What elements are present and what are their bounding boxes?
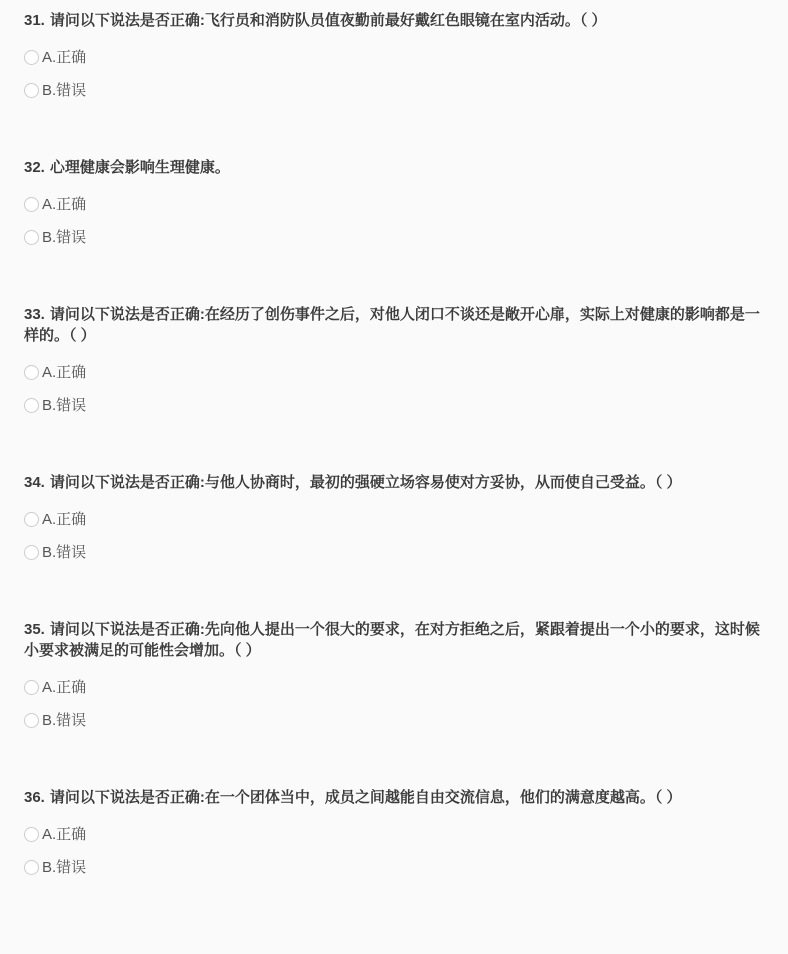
option-label: A.正确 xyxy=(42,363,86,382)
question-title: 31.请问以下说法是否正确:飞行员和消防队员值夜勤前最好戴红色眼镜在室内活动。（… xyxy=(24,10,764,31)
question-number: 35. xyxy=(24,621,45,638)
question-number: 31. xyxy=(24,12,45,29)
question-number: 36. xyxy=(24,789,45,806)
option-a[interactable]: A.正确 xyxy=(24,195,764,214)
question-text: 请问以下说法是否正确:先向他人提出一个很大的要求，在对方拒绝之后，紧跟着提出一个… xyxy=(24,621,760,659)
question-32: 32.心理健康会影响生理健康。 A.正确 B.错误 xyxy=(24,157,764,247)
option-label: B.错误 xyxy=(42,228,86,247)
question-title: 33.请问以下说法是否正确:在经历了创伤事件之后，对他人闭口不谈还是敞开心扉，实… xyxy=(24,304,764,346)
option-label: B.错误 xyxy=(42,858,86,877)
option-b[interactable]: B.错误 xyxy=(24,543,764,562)
options-group: A.正确 B.错误 xyxy=(24,678,764,730)
option-label: A.正确 xyxy=(42,678,86,697)
question-text: 请问以下说法是否正确:在一个团体当中，成员之间越能自由交流信息，他们的满意度越高… xyxy=(50,789,682,806)
question-title: 32.心理健康会影响生理健康。 xyxy=(24,157,764,178)
radio-button[interactable] xyxy=(24,197,39,212)
radio-button[interactable] xyxy=(24,398,39,413)
radio-button[interactable] xyxy=(24,83,39,98)
option-b[interactable]: B.错误 xyxy=(24,858,764,877)
option-b[interactable]: B.错误 xyxy=(24,711,764,730)
question-number: 32. xyxy=(24,159,45,176)
question-text: 请问以下说法是否正确:飞行员和消防队员值夜勤前最好戴红色眼镜在室内活动。（ ） xyxy=(50,12,607,29)
options-group: A.正确 B.错误 xyxy=(24,363,764,415)
options-group: A.正确 B.错误 xyxy=(24,48,764,100)
option-label: A.正确 xyxy=(42,825,86,844)
question-text: 请问以下说法是否正确:与他人协商时，最初的强硬立场容易使对方妥协，从而使自己受益… xyxy=(50,474,682,491)
option-label: B.错误 xyxy=(42,396,86,415)
option-a[interactable]: A.正确 xyxy=(24,510,764,529)
radio-button[interactable] xyxy=(24,680,39,695)
option-a[interactable]: A.正确 xyxy=(24,48,764,67)
option-b[interactable]: B.错误 xyxy=(24,81,764,100)
option-a[interactable]: A.正确 xyxy=(24,678,764,697)
option-b[interactable]: B.错误 xyxy=(24,396,764,415)
options-group: A.正确 B.错误 xyxy=(24,510,764,562)
question-34: 34.请问以下说法是否正确:与他人协商时，最初的强硬立场容易使对方妥协，从而使自… xyxy=(24,472,764,562)
option-a[interactable]: A.正确 xyxy=(24,363,764,382)
option-label: B.错误 xyxy=(42,543,86,562)
radio-button[interactable] xyxy=(24,512,39,527)
question-33: 33.请问以下说法是否正确:在经历了创伤事件之后，对他人闭口不谈还是敞开心扉，实… xyxy=(24,304,764,415)
question-number: 34. xyxy=(24,474,45,491)
options-group: A.正确 B.错误 xyxy=(24,825,764,877)
question-36: 36.请问以下说法是否正确:在一个团体当中，成员之间越能自由交流信息，他们的满意… xyxy=(24,787,764,877)
option-b[interactable]: B.错误 xyxy=(24,228,764,247)
radio-button[interactable] xyxy=(24,713,39,728)
question-31: 31.请问以下说法是否正确:飞行员和消防队员值夜勤前最好戴红色眼镜在室内活动。（… xyxy=(24,10,764,100)
quiz-page: 31.请问以下说法是否正确:飞行员和消防队员值夜勤前最好戴红色眼镜在室内活动。（… xyxy=(0,0,788,954)
radio-button[interactable] xyxy=(24,365,39,380)
option-label: B.错误 xyxy=(42,81,86,100)
option-label: A.正确 xyxy=(42,510,86,529)
radio-button[interactable] xyxy=(24,860,39,875)
option-a[interactable]: A.正确 xyxy=(24,825,764,844)
option-label: A.正确 xyxy=(42,195,86,214)
question-title: 36.请问以下说法是否正确:在一个团体当中，成员之间越能自由交流信息，他们的满意… xyxy=(24,787,764,808)
question-text: 请问以下说法是否正确:在经历了创伤事件之后，对他人闭口不谈还是敞开心扉，实际上对… xyxy=(24,306,760,344)
question-35: 35.请问以下说法是否正确:先向他人提出一个很大的要求，在对方拒绝之后，紧跟着提… xyxy=(24,619,764,730)
question-text: 心理健康会影响生理健康。 xyxy=(50,159,230,176)
radio-button[interactable] xyxy=(24,50,39,65)
option-label: B.错误 xyxy=(42,711,86,730)
options-group: A.正确 B.错误 xyxy=(24,195,764,247)
question-number: 33. xyxy=(24,306,45,323)
option-label: A.正确 xyxy=(42,48,86,67)
radio-button[interactable] xyxy=(24,230,39,245)
radio-button[interactable] xyxy=(24,827,39,842)
radio-button[interactable] xyxy=(24,545,39,560)
question-title: 34.请问以下说法是否正确:与他人协商时，最初的强硬立场容易使对方妥协，从而使自… xyxy=(24,472,764,493)
question-title: 35.请问以下说法是否正确:先向他人提出一个很大的要求，在对方拒绝之后，紧跟着提… xyxy=(24,619,764,661)
